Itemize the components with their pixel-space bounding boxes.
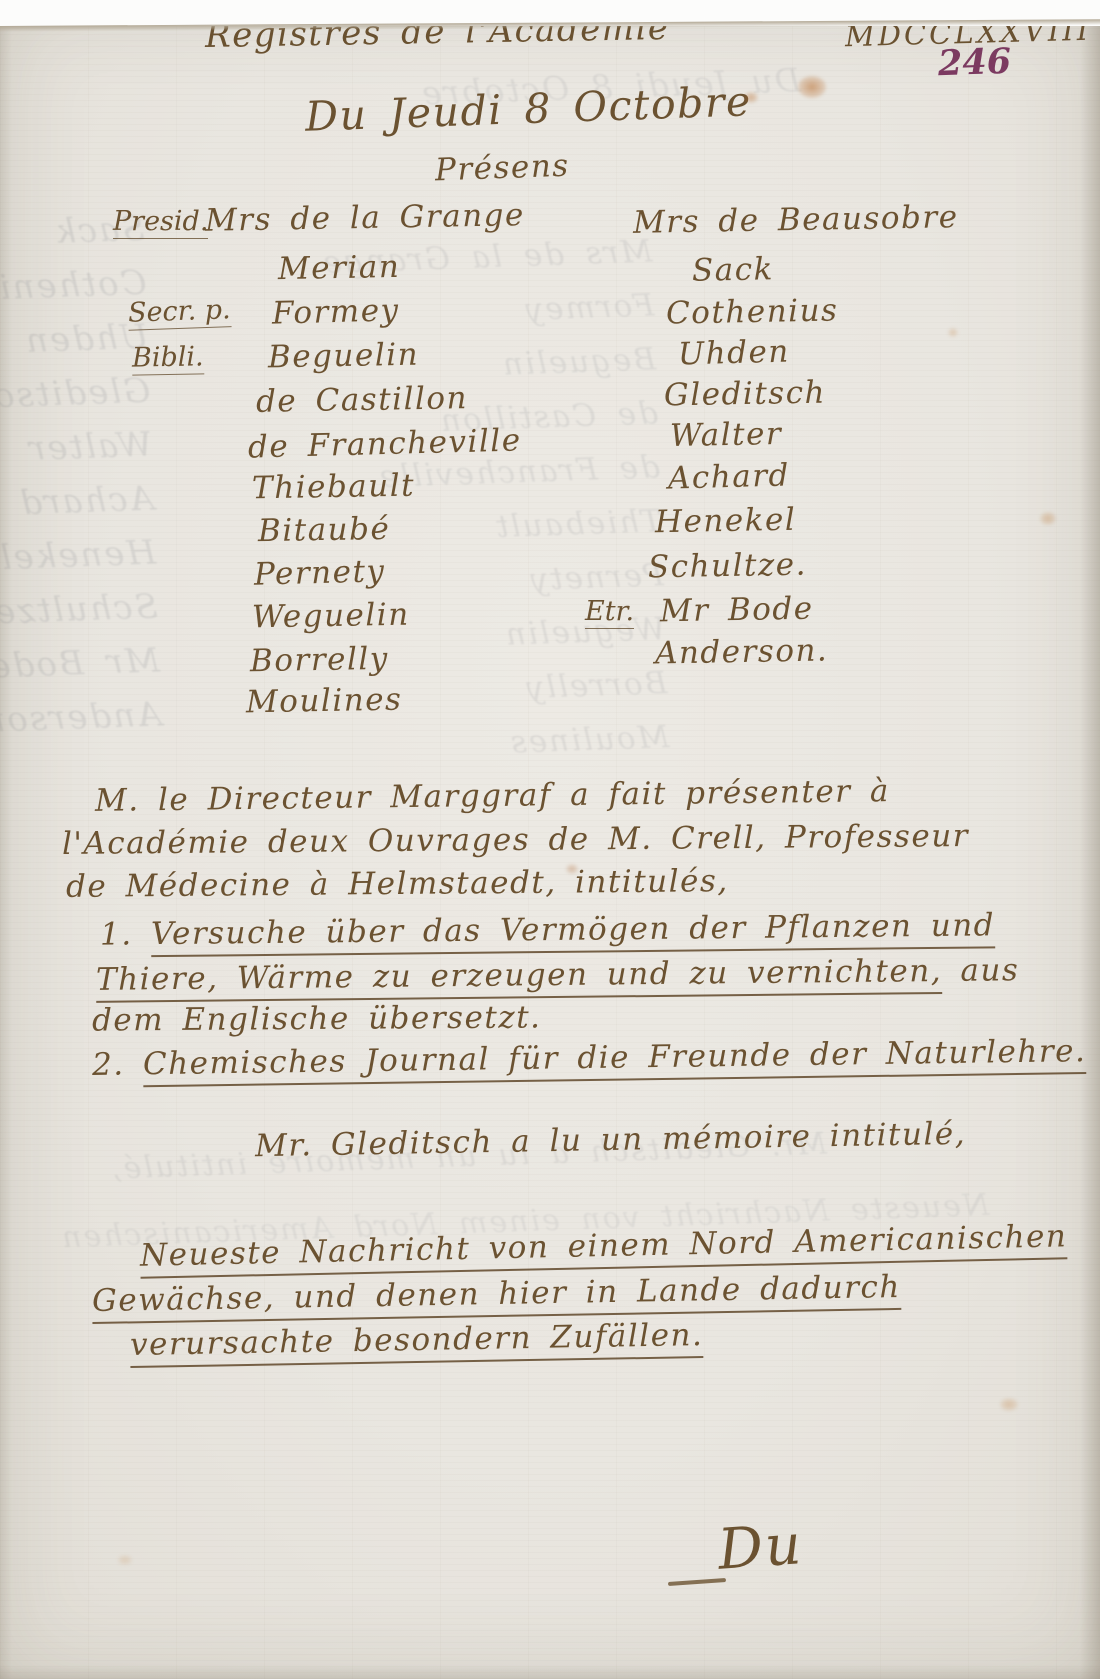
date-line: Du Jeudi 8 Octobre — [304, 77, 752, 141]
attendee-name: Gleditsch — [664, 375, 827, 414]
attendee-name: Sack — [692, 251, 774, 288]
present-label: Présens — [434, 148, 570, 189]
attendee-name: Bitaubé — [258, 511, 391, 549]
attendee-name: Mrs de Beausobre — [633, 199, 959, 241]
page-number: 246 — [937, 41, 1011, 85]
margin-label-librarian: Bibli. — [132, 341, 204, 373]
attendee-name: Henekel — [655, 502, 797, 540]
foxing-spot — [1040, 512, 1056, 525]
attendee-name: Pernety — [254, 553, 386, 592]
foxing-spot — [566, 864, 578, 874]
manuscript-page: Sack Cothenius Uhden Gleditsch Walter Ac… — [0, 0, 1100, 1679]
memoir-title-line3: verursachte besondern Zufällen. — [130, 1317, 704, 1363]
foxing-spot — [744, 92, 758, 103]
attendee-name: Mr Bode — [660, 591, 814, 630]
minutes-paragraph-line1: M. le Directeur Marggraf a fait présente… — [95, 773, 890, 819]
work1-line3: dem Englische übersetzt. — [92, 999, 542, 1038]
minutes-paragraph-line3: de Médecine à Helmstaedt, intitulés, — [66, 863, 729, 905]
catchword-flourish — [668, 1578, 726, 1586]
work1-line2: Thiere, Wärme zu erzeugen und zu vernich… — [96, 952, 1020, 998]
attendee-name: Walter — [670, 416, 783, 454]
attendee-name: Achard — [668, 457, 791, 496]
underlined-title-segment: Thiere, Wärme zu erzeugen und zu vernich… — [96, 953, 942, 1003]
paper-right-shade — [1080, 0, 1100, 1679]
foxing-spot — [948, 328, 958, 337]
gleditsch-line: Mr. Gleditsch a lu un mémoire intitulé, — [255, 1116, 967, 1164]
work1-line1: 1. Versuche über das Vermögen der Pflanz… — [100, 907, 995, 952]
paper-left-shade — [0, 0, 12, 1679]
minutes-paragraph-line2: l'Académie deux Ouvrages de M. Crell, Pr… — [62, 818, 969, 862]
attendee-name: Beguelin — [268, 337, 420, 376]
foxing-spot — [118, 1555, 132, 1565]
attendee-name: Mrs de la Grange — [205, 197, 525, 239]
attendee-name: Formey — [272, 292, 400, 331]
foxing-spot — [798, 76, 826, 98]
attendee-name: de Castillon — [256, 380, 469, 420]
attendee-name: Uhden — [678, 334, 791, 373]
attendee-name: Moulines — [246, 682, 403, 721]
paper-bottom-shade — [0, 1665, 1100, 1679]
underlined-title-segment: Versuche über das Vermögen der Pflanzen … — [151, 907, 996, 957]
catchword: Du — [716, 1512, 805, 1583]
margin-label-foreign: Etr. — [585, 596, 634, 627]
foxing-spot — [1000, 1398, 1018, 1411]
bleedthrough-ghost: Sack Cothenius Uhden Gleditsch Walter Ac… — [0, 202, 163, 748]
margin-label-secretary: Secr. p. — [127, 294, 231, 329]
margin-label-president: Presid. — [113, 206, 208, 237]
attendee-name: Thiebault — [252, 468, 416, 507]
attendee-name: Cothenius — [666, 292, 839, 331]
work2-line: 2. Chemisches Journal für die Freunde de… — [92, 1033, 1087, 1083]
underlined-title-segment: Chemisches Journal für die Freunde der N… — [143, 1033, 1087, 1087]
attendee-name: Anderson. — [655, 632, 829, 671]
attendee-name: Schultze. — [648, 547, 808, 586]
attendee-name: Merian — [278, 249, 401, 287]
attendee-name: Borrelly — [250, 641, 389, 679]
attendee-name: de Francheville — [248, 422, 522, 465]
attendee-name: Weguelin — [252, 597, 410, 636]
